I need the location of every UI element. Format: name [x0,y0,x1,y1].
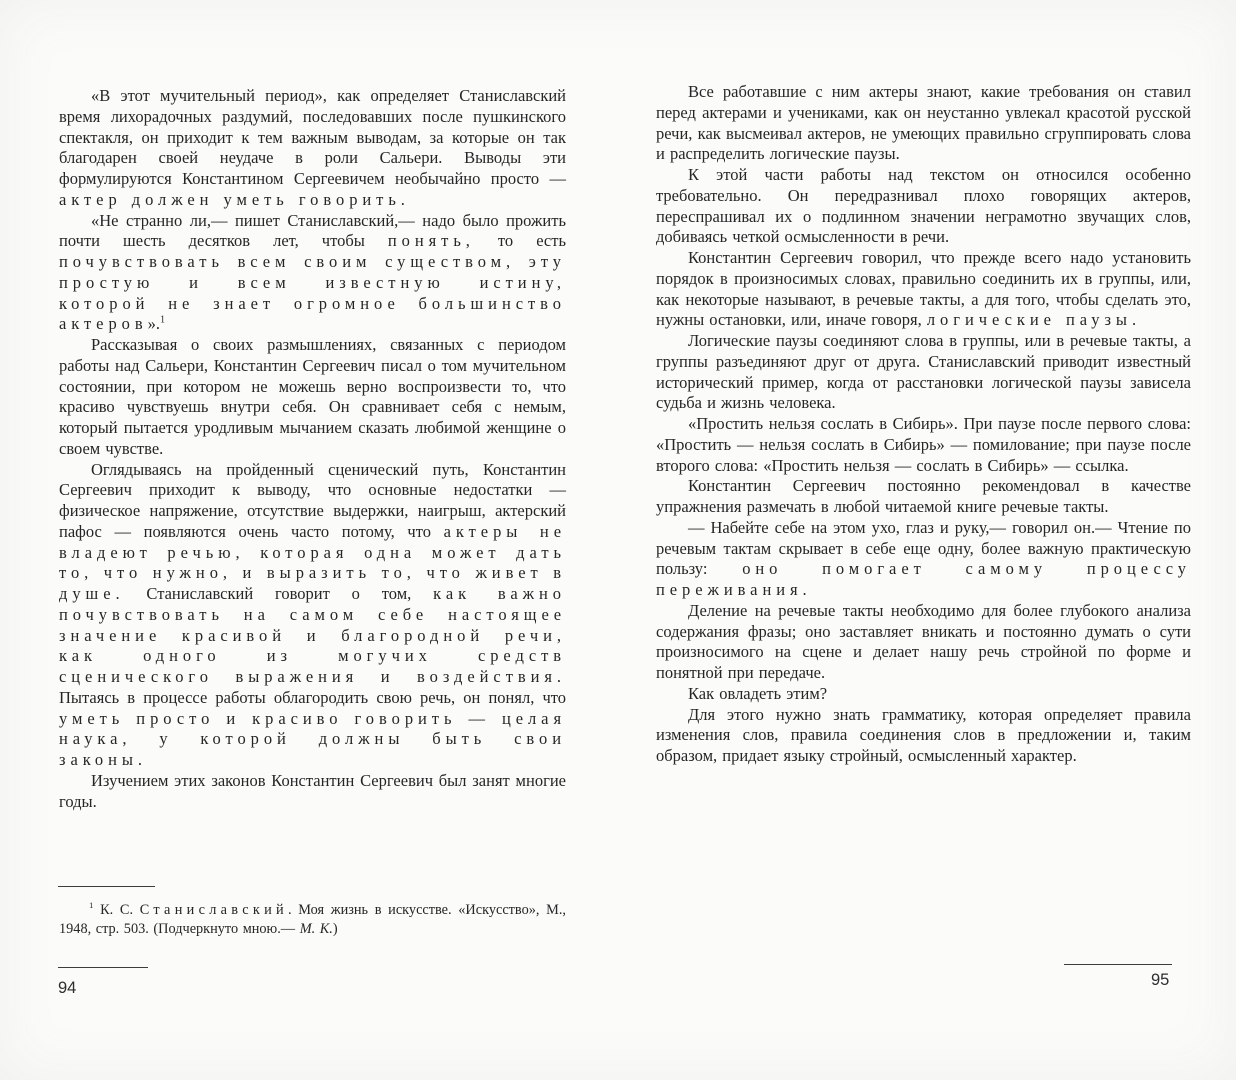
footnote-separator-rule [58,886,155,887]
left-page-text-column: «В этот мучительный период», как определ… [59,86,566,812]
paragraph: Для этого нужно знать грамматику, котора… [656,705,1191,767]
text-segment: Станиславский [140,902,288,918]
right-page-number: 95 [1151,971,1169,990]
text-segment: ) [333,921,338,937]
paragraph: Константин Сергеевич постоянно рекомендо… [656,476,1191,518]
paragraph: «Не странно ли,— пишет Станиславский,— н… [59,211,566,336]
paragraph: Деление на речевые такты необходимо для … [656,601,1191,684]
text-segment: Рассказывая о своих размышлениях, связан… [59,335,566,458]
text-segment: уметь просто и красиво говорить — целая … [59,709,566,770]
right-page-text-column: Все работавшие с ним актеры знают, какие… [656,82,1191,767]
text-segment: М. К. [300,921,333,937]
text-segment: Все работавшие с ним актеры знают, какие… [656,82,1191,163]
text-segment: К. С. [93,902,139,918]
paragraph: Все работавшие с ним актеры знают, какие… [656,82,1191,165]
text-segment: 1 [160,315,165,326]
paragraph: Константин Сергеевич говорил, что прежде… [656,248,1191,331]
paragraph: К этой части работы над текстом он относ… [656,165,1191,248]
text-segment: понять, [388,231,475,250]
text-segment: «Простить нельзя сослать в Сибирь». При … [656,414,1191,475]
paragraph: — Набейте себе на этом ухо, глаз и руку,… [656,518,1191,601]
paragraph: Изучением этих законов Константин Сергее… [59,771,566,813]
left-page-footnote: 1 К. С. Станиславский. Моя жизнь в искус… [59,901,566,938]
text-segment: Константин Сергеевич постоянно рекомендо… [656,476,1191,516]
paragraph: Рассказывая о своих размышлениях, связан… [59,335,566,460]
text-segment: то есть [475,231,566,250]
text-segment: «В этот мучительный период», как определ… [59,86,566,188]
paragraph: Оглядываясь на пройденный сценический пу… [59,460,566,771]
text-segment: Как овладеть этим? [688,684,827,703]
text-segment: Изучением этих законов Константин Сергее… [59,771,566,811]
text-segment: почувствовать всем своим существом, эту … [59,252,566,333]
text-segment: Станиславский говорит о том, [125,584,434,603]
text-segment: К этой части работы над текстом он относ… [656,165,1191,246]
paragraph: 1 К. С. Станиславский. Моя жизнь в искус… [59,901,566,938]
text-segment: Для этого нужно знать грамматику, котора… [656,705,1191,766]
paragraph: Как овладеть этим? [656,684,1191,705]
text-segment: Деление на речевые такты необходимо для … [656,601,1191,682]
left-page-number-rule [58,967,148,968]
text-segment: Пытаясь в процессе работы облагородить с… [59,688,566,707]
book-spread-scan: «В этот мучительный период», как определ… [0,0,1236,1080]
text-segment: логические паузы. [927,310,1141,329]
left-page-number: 94 [58,979,76,998]
text-segment: ». [148,314,160,333]
text-segment: актер должен уметь говорить. [59,190,410,209]
text-segment: Логические паузы соединяют слова в групп… [656,331,1191,412]
paragraph: Логические паузы соединяют слова в групп… [656,331,1191,414]
paragraph: «Простить нельзя сослать в Сибирь». При … [656,414,1191,476]
right-page-number-rule [1064,964,1172,965]
paragraph: «В этот мучительный период», как определ… [59,86,566,211]
